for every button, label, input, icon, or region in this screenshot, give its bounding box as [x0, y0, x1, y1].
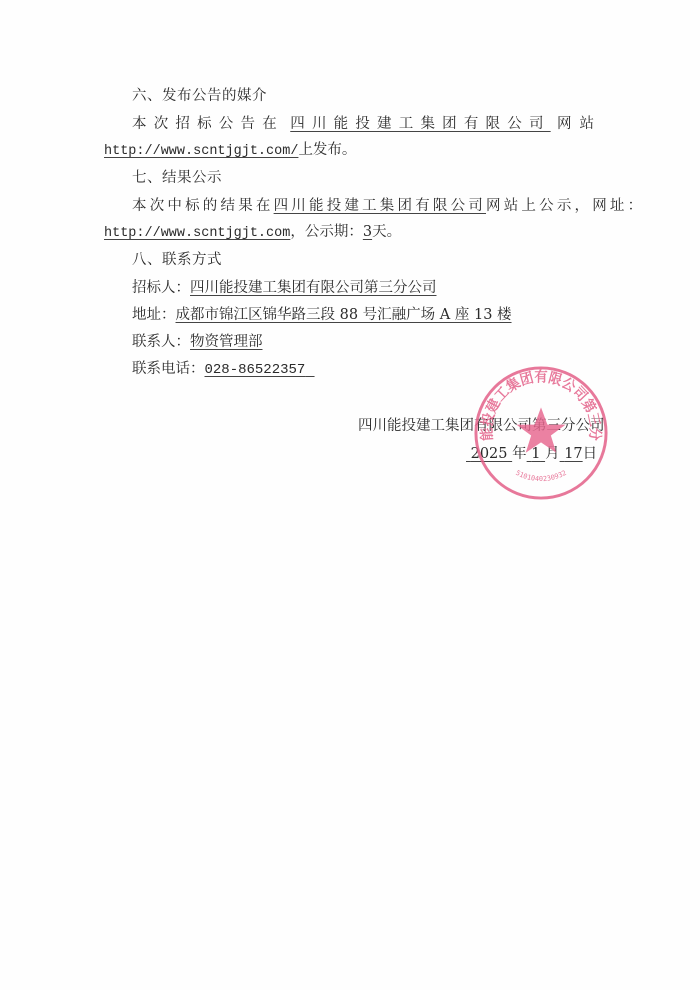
section-6-text-suffix: 网站 [557, 114, 602, 134]
phone-underline-padding [305, 361, 314, 377]
section-6-heading: 六、发布公告的媒介 [132, 86, 632, 106]
section-6-url-link[interactable]: http://www.scntjgjt.com/ [104, 144, 298, 159]
date-month-value: 1 [531, 446, 540, 462]
section-7-company-name: 四川能投建工集团有限公司 [274, 198, 486, 214]
section-6-url-suffix: 上发布。 [298, 142, 356, 158]
date-day: 17 [560, 446, 583, 462]
section-6-company-name: 四川能投建工集团有限公司 [290, 114, 550, 134]
document-page: 六、发布公告的媒介 本次招标公告在 四川能投建工集团有限公司 网站 http:/… [0, 0, 700, 990]
seal-code-text: 5101040230932 [514, 469, 567, 483]
section-7-paragraph-line1: 本次中标的结果在四川能投建工集团有限公司网站上公示，网址： [132, 196, 602, 216]
section-6-paragraph-line1: 本次招标公告在 四川能投建工集团有限公司 网站 [132, 114, 602, 134]
contact-address-row: 地址：成都市锦江区锦华路三段 88 号汇融广场 A 座 13 楼 [132, 305, 632, 325]
tenderer-label: 招标人： [132, 280, 190, 296]
tenderer-value: 四川能投建工集团有限公司第三分公司 [190, 280, 437, 296]
date-month: 1 [527, 446, 545, 462]
date-year: 2025 [466, 446, 512, 462]
section-7-period-unit: 天。 [372, 224, 401, 240]
address-value: 成都市锦江区锦华路三段 88 号汇融广场 A 座 13 楼 [176, 307, 512, 323]
signature-date: 2025 年 1 月 17日 [466, 444, 597, 464]
section-7-text-prefix: 本次中标的结果在 [132, 198, 274, 214]
phone-label: 联系电话： [132, 361, 205, 377]
contact-label: 联系人： [132, 334, 190, 350]
date-month-unit: 月 [545, 446, 560, 462]
address-label: 地址： [132, 307, 176, 323]
section-6-paragraph-line2: http://www.scntjgjt.com/上发布。 [104, 140, 604, 162]
section-6-text-prefix: 本次招标公告在 [132, 114, 284, 134]
signature-company: 四川能投建工集团有限公司第三分公司 [358, 416, 605, 436]
section-7-url-link[interactable]: http://www.scntjgjt.com [104, 226, 290, 241]
section-7-heading: 七、结果公示 [132, 168, 632, 188]
phone-value: 028-86522357 [205, 362, 306, 378]
section-8-heading: 八、联系方式 [132, 250, 632, 270]
section-7-text-suffix: 网站上公示，网址： [486, 198, 645, 214]
contact-value: 物资管理部 [190, 334, 263, 350]
contact-tenderer-row: 招标人：四川能投建工集团有限公司第三分公司 [132, 278, 632, 298]
contact-phone-row: 联系电话：028-86522357 [132, 359, 632, 380]
date-day-value: 17 [564, 446, 582, 462]
contact-person-row: 联系人：物资管理部 [132, 332, 632, 352]
date-year-value: 2025 [471, 446, 508, 462]
section-7-period-value: 3 [363, 224, 372, 240]
section-7-period-label: ，公示期： [290, 224, 363, 240]
date-day-unit: 日 [583, 446, 598, 462]
section-7-paragraph-line2: http://www.scntjgjt.com，公示期：3天。 [104, 222, 604, 244]
date-year-unit: 年 [512, 446, 527, 462]
